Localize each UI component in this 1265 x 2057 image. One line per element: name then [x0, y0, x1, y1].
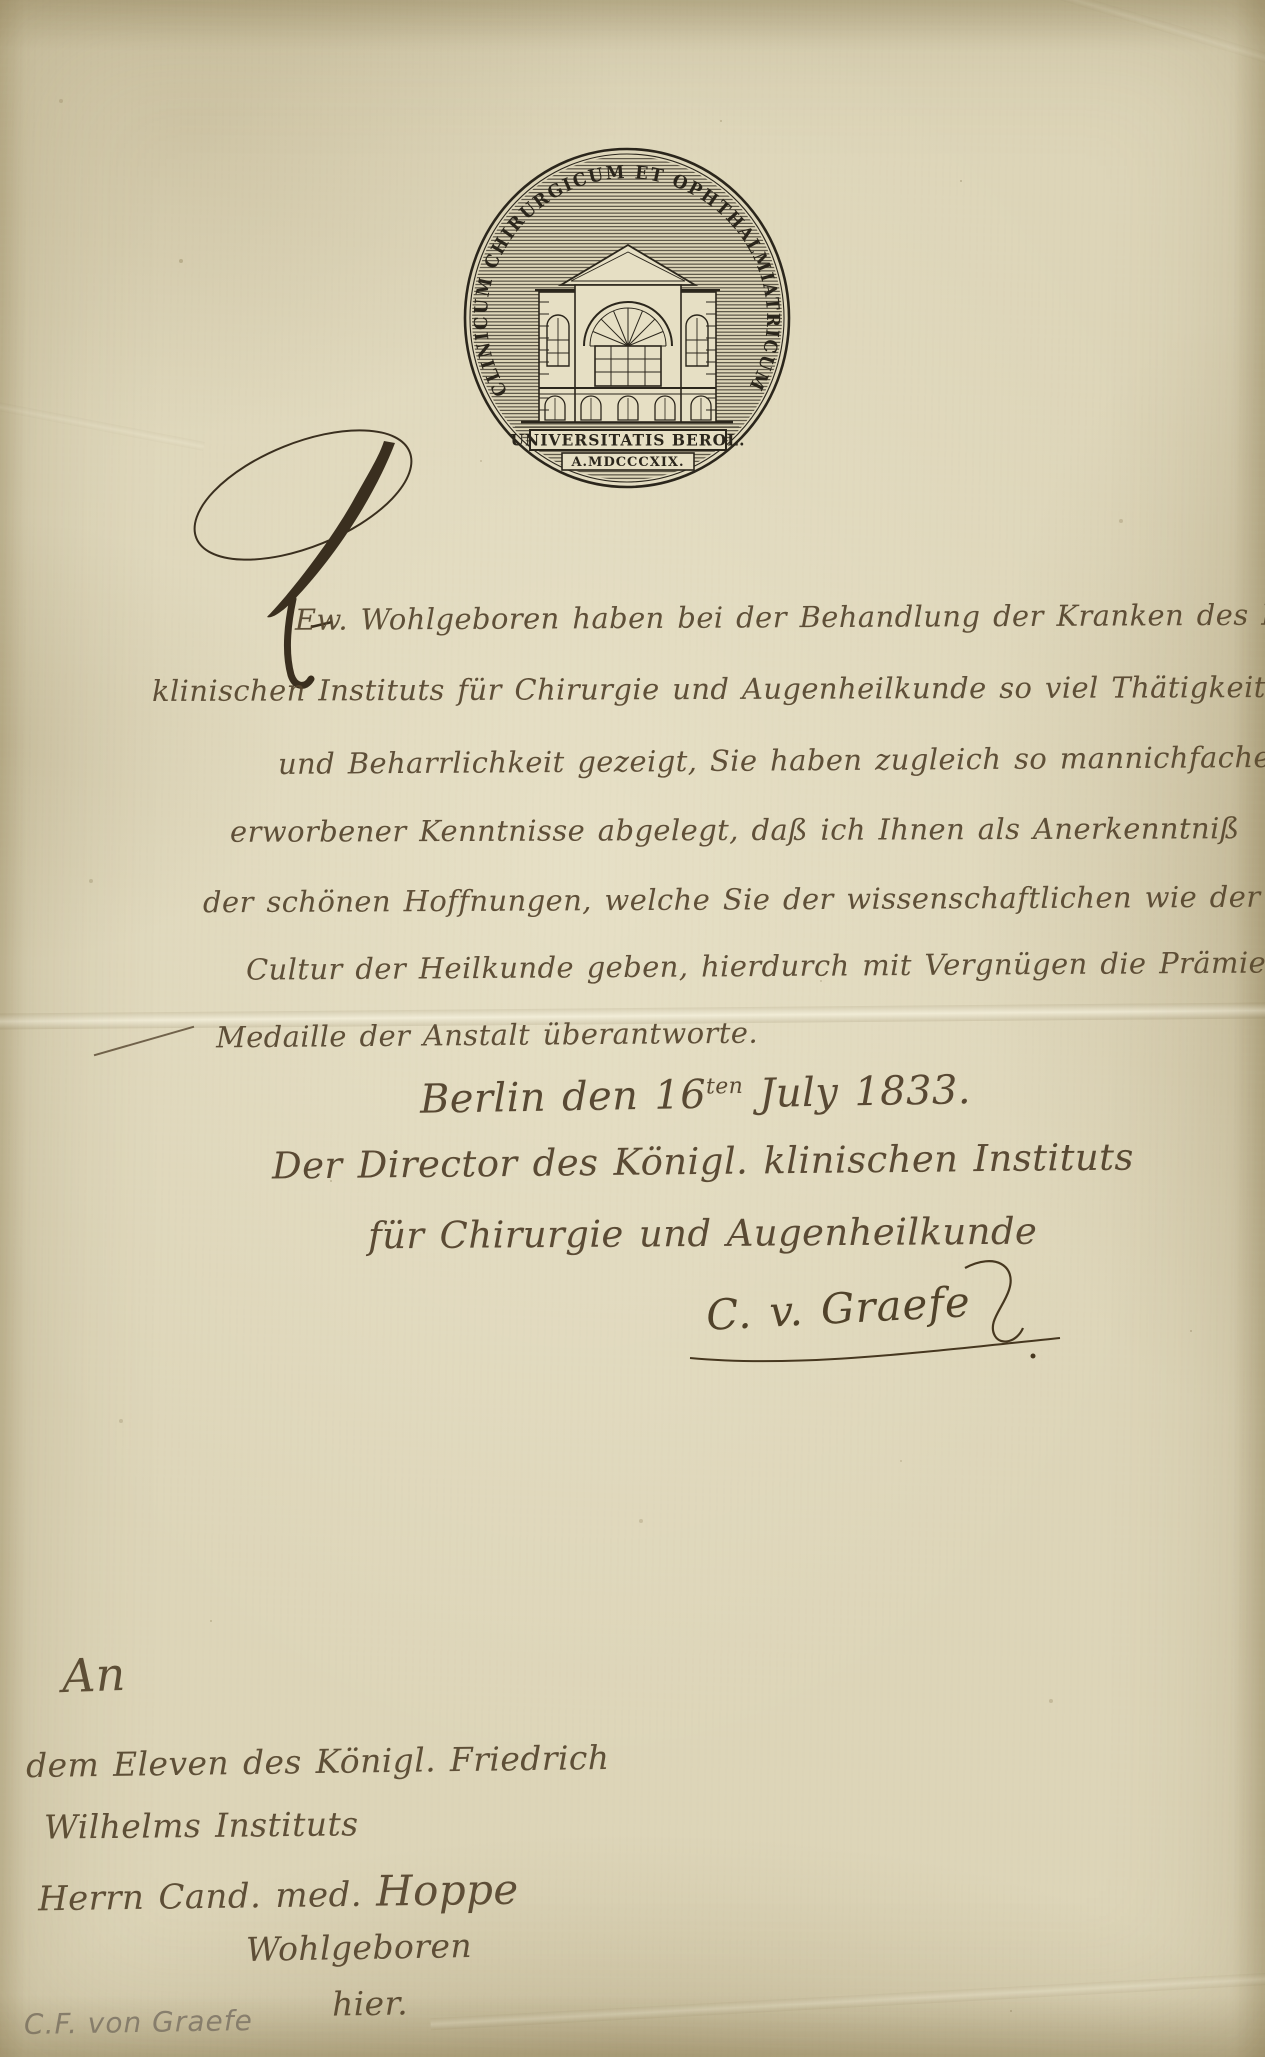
body-line-6: Cultur der Heilkunde geben, hierdurch mi…	[246, 945, 1265, 986]
crease-top-right	[1039, 0, 1265, 70]
address-line-2: Wilhelms Instituts	[44, 1804, 359, 1846]
address-recipient: Herrn Cand. med. Hoppe	[38, 1865, 519, 1921]
sender-line-1: Der Director des Königl. klinischen Inst…	[272, 1135, 1134, 1187]
address-salutation: An	[61, 1647, 127, 1703]
body-line-3: und Beharrlichkeit gezeigt, Sie haben zu…	[278, 739, 1265, 781]
fold-crease-bottom	[430, 1972, 1265, 2030]
crease-top-left	[0, 398, 205, 451]
letter-page: CLINICUM CHIRURGICUM ET OPHTHALMIATRICUM	[0, 0, 1265, 2057]
date-line: Berlin den 16ten July 1833.	[420, 1067, 972, 1123]
seal-banner-2: A.MDCCCXIX.	[570, 455, 684, 470]
date-text: Berlin den 16	[420, 1072, 707, 1123]
address-honorific: Wohlgeboren	[246, 1926, 473, 1969]
body-line-4: erworbener Kenntnisse abgelegt, daß ich …	[230, 811, 1240, 849]
initial-flourish	[185, 395, 455, 695]
recipient-name: Hoppe	[376, 1865, 519, 1916]
body-line-7: Medaille der Anstalt überantworte.	[216, 1016, 758, 1055]
body-line-2: klinischen Instituts für Chirurgie und A…	[152, 670, 1265, 708]
recipient-title: Herrn Cand. med.	[38, 1875, 377, 1920]
university-seal: CLINICUM CHIRURGICUM ET OPHTHALMIATRICUM	[455, 140, 801, 496]
pencil-note: C.F. von Graefe	[24, 2004, 253, 2041]
seal-banner-1: UNIVERSITATIS BEROL.	[511, 431, 746, 450]
margin-dash	[94, 1026, 195, 1057]
address-place: hier.	[332, 1983, 409, 2023]
body-line-1: Ew. Wohlgeboren haben bei der Behandlung…	[295, 597, 1265, 637]
date-ordinal: ten	[706, 1074, 744, 1100]
body-line-5: der schönen Hoffnungen, welche Sie der w…	[203, 879, 1265, 920]
signature-flourish	[665, 1250, 1085, 1390]
date-rest: July 1833.	[743, 1067, 971, 1117]
address-line-1: dem Eleven des Königl. Friedrich	[26, 1738, 610, 1785]
paper-specks	[0, 0, 2, 2]
